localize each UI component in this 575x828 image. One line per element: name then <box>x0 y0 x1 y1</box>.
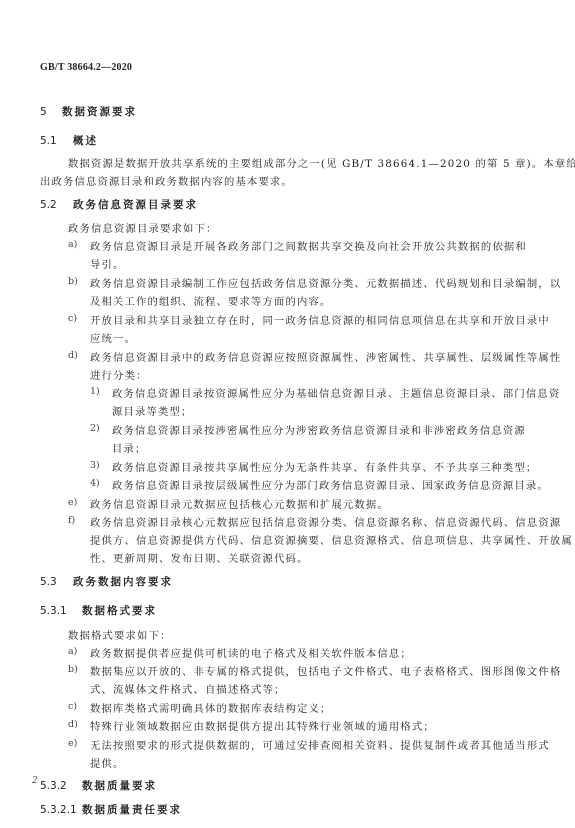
list-item-line: 无法按照要求的形式提供数据的，可通过安排查阅相关资料、提供复制件或者其他适当形式 <box>90 737 550 752</box>
list-label: a) <box>68 239 77 250</box>
section-5-heading: 5数据资源要求 <box>40 104 137 119</box>
list-item-line: 政务信息资源目录中的政务信息资源应按照资源属性、涉密属性、共享属性、层级属性等属… <box>90 349 561 364</box>
list-label: e) <box>68 738 77 749</box>
section-number: 5.3.1 <box>40 605 82 617</box>
section-title: 数据质量要求 <box>82 780 157 792</box>
list-item-line: 政务信息资源目录是开展各政务部门之间数据共享交换及向社会开放公共数据的依据和 <box>90 238 527 253</box>
list-item-line: 及相关工作的组织、流程、要求等方面的内容。 <box>90 293 331 308</box>
list-item-line: 提供方、信息资源提供方代码、信息资源摘要、信息资源格式、信息项信息、共享属性、开… <box>90 532 573 547</box>
page-number: 2 <box>32 776 38 786</box>
intro-text: 数据格式要求如下： <box>68 627 171 642</box>
paragraph-line: 数据资源是数据开放共享系统的主要组成部分之一(见 GB/T 38664.1—20… <box>68 155 575 170</box>
section-title: 数据质量责任要求 <box>82 804 182 816</box>
section-number: 5.2 <box>40 199 73 211</box>
sublist-label: 3) <box>90 460 100 471</box>
list-label: b) <box>68 664 78 675</box>
intro-text: 政务信息资源目录要求如下： <box>68 220 217 235</box>
list-label: d) <box>68 350 78 361</box>
section-title: 数据格式要求 <box>82 605 157 617</box>
sublist-item-line: 目录； <box>112 440 147 455</box>
section-number: 5.1 <box>40 135 73 147</box>
list-item-line: 导引。 <box>90 256 125 271</box>
section-5-1-heading: 5.1概述 <box>40 133 98 148</box>
section-5-3-heading: 5.3政务数据内容要求 <box>40 574 173 589</box>
section-5-2-heading: 5.2政务信息资源目录要求 <box>40 197 198 212</box>
list-item-line: 性、更新周期、发布日期、关联资源代码。 <box>90 550 308 565</box>
list-item-line: 提供。 <box>90 755 125 770</box>
section-number: 5.3.2.1 <box>40 804 82 816</box>
sublist-item-line: 源目录等类型； <box>112 403 192 418</box>
list-item-line: 政务信息资源目录元数据应包括核心元数据和扩展元数据。 <box>90 496 389 511</box>
standard-id: GB/T 38664.2—2020 <box>40 62 132 73</box>
list-label: f) <box>68 515 75 526</box>
sublist-item-line: 政务信息资源目录按资源属性应分为基础信息资源目录、主题信息资源目录、部门信息资 <box>112 385 560 400</box>
section-number: 5 <box>40 106 62 118</box>
section-title: 概述 <box>73 135 98 147</box>
paragraph-line: 出政务信息资源目录和政务数据内容的基本要求。 <box>40 173 293 188</box>
list-label: b) <box>68 276 78 287</box>
list-item-line: 数据集应以开放的、非专属的格式提供，包括电子文件格式、电子表格格式、图形图像文件… <box>90 663 561 678</box>
sublist-item-line: 政务信息资源目录按层级属性应分为部门政务信息资源目录、国家政务信息资源目录。 <box>112 477 549 492</box>
sublist-item-line: 政务信息资源目录按涉密属性应分为涉密政务信息资源目录和非涉密政务信息资源 <box>112 422 526 437</box>
section-number: 5.3 <box>40 576 73 588</box>
sublist-label: 1) <box>90 386 100 397</box>
sublist-item-line: 政务信息资源目录按共享属性应分为无条件共享、有条件共享、不予共享三种类型； <box>112 459 537 474</box>
section-5-3-2-1-heading: 5.3.2.1数据质量责任要求 <box>40 802 182 817</box>
list-item-line: 应统一。 <box>90 330 136 345</box>
list-item-line: 进行分类： <box>90 367 147 382</box>
sublist-label: 2) <box>90 423 100 434</box>
sublist-label: 4) <box>90 478 100 489</box>
list-label: c) <box>68 701 77 712</box>
section-5-3-2-heading: 5.3.2数据质量要求 <box>40 778 157 793</box>
list-item-line: 数据库类格式需明确具体的数据库表结构定义； <box>90 700 331 715</box>
list-item-line: 式、流媒体文件格式、自描述格式等； <box>90 681 285 696</box>
list-label: c) <box>68 313 77 324</box>
list-label: a) <box>68 646 77 657</box>
list-label: d) <box>68 719 78 730</box>
list-item-line: 政务信息资源目录编制工作应包括政务信息资源分类、元数据描述、代码规划和目录编制，… <box>90 275 561 290</box>
section-title: 数据资源要求 <box>62 106 137 118</box>
list-label: e) <box>68 497 77 508</box>
section-title: 政务信息资源目录要求 <box>73 199 198 211</box>
list-item-line: 政务数据提供者应提供可机读的电子格式及相关软件版本信息； <box>90 645 412 660</box>
list-item-line: 政务信息资源目录核心元数据应包括信息资源分类、信息资源名称、信息资源代码、信息资… <box>90 514 561 529</box>
section-number: 5.3.2 <box>40 780 82 792</box>
list-item-line: 特殊行业领域数据应由数据提供方提出其特殊行业领域的通用格式； <box>90 718 435 733</box>
list-item-line: 开放目录和共享目录独立存在时，同一政务信息资源的相同信息项信息在共享和开放目录中 <box>90 312 550 327</box>
section-5-3-1-heading: 5.3.1数据格式要求 <box>40 603 157 618</box>
section-title: 政务数据内容要求 <box>73 576 173 588</box>
